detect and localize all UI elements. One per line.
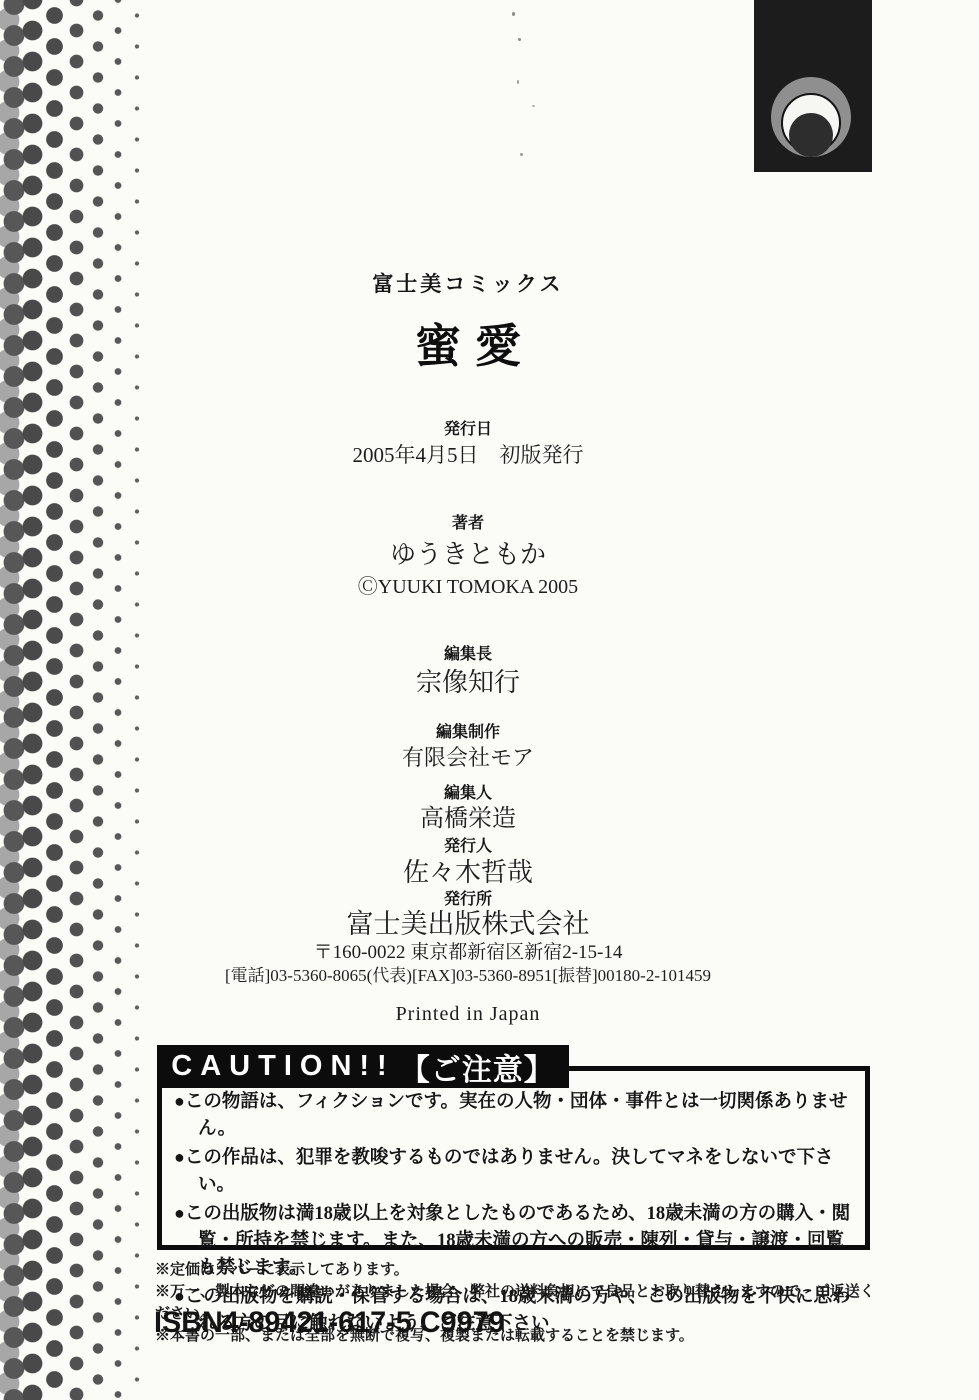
caution-item-text: この物語は、フィクションです。実在の人物・団体・事件とは一切関係ありません。 [185,1092,848,1139]
bullet-icon: ● [174,1147,185,1167]
publication-date: 2005年4月5日 初版発行 [135,444,801,467]
halftone-strip [21,0,44,1400]
label-editor: 編集人 [135,785,801,803]
author-name: ゆうきともか [135,540,801,570]
book-title: 蜜愛 [135,320,801,372]
publisher-contacts: [電話]03-5360-8065(代表)[FAX]03-5360-8951[振替… [135,966,801,985]
halftone-strip [66,0,87,1400]
label-chief-editor: 編集長 [135,645,801,665]
editor-name: 高橋栄造 [135,805,801,833]
chief-editor-name: 宗像知行 [135,668,801,698]
halftone-strip [44,0,65,1400]
series-name: 富士美コミックス [135,0,801,296]
issuer-name: 佐々木哲哉 [135,858,801,888]
copyright-line: ⒸYUUKI TOMOKA 2005 [135,576,801,598]
publisher-address: 〒160-0022 東京都新宿区新宿2-15-14 [135,942,801,963]
caution-box: ●この物語は、フィクションです。実在の人物・団体・事件とは一切関係ありません。 … [157,1066,870,1250]
halftone-strip [0,0,24,1400]
caution-item-text: この作品は、犯罪を教唆するものではありません。決してマネをしないで下さい。 [185,1148,834,1195]
caution-item: ●この物語は、フィクションです。実在の人物・団体・事件とは一切関係ありません。 [174,1088,855,1144]
bullet-icon: ● [174,1203,185,1223]
caution-title-en: CAUTION!! [171,1050,394,1083]
editing-production-name: 有限会社モア [135,745,801,771]
caution-title-jp: 【ご注意】 [400,1045,555,1089]
label-author: 著者 [135,514,801,534]
caution-header: CAUTION!! 【ご注意】 [157,1045,569,1088]
halftone-strip [0,0,28,1400]
label-publisher: 発行所 [135,891,801,909]
isbn-code: ISBN4-89421-617-5 C9979 [154,1306,505,1340]
publisher-name: 富士美出版株式会社 [135,909,801,940]
caution-item: ●この作品は、犯罪を教唆するものではありません。決してマネをしないで下さい。 [174,1144,855,1200]
label-issuer: 発行人 [135,838,801,856]
bullet-icon: ● [174,1091,185,1111]
label-editing-production: 編集制作 [135,723,801,743]
colophon: 富士美コミックス 蜜愛 発行日 2005年4月5日 初版発行 著者 ゆうきともか… [135,0,801,1026]
printed-in-japan: Printed in Japan [135,1002,801,1026]
halftone-strip [109,0,127,1400]
note-line: ※定価はカバーに表示してあります。 [155,1259,875,1281]
label-publication-date: 発行日 [135,420,801,440]
halftone-strip [88,0,108,1400]
